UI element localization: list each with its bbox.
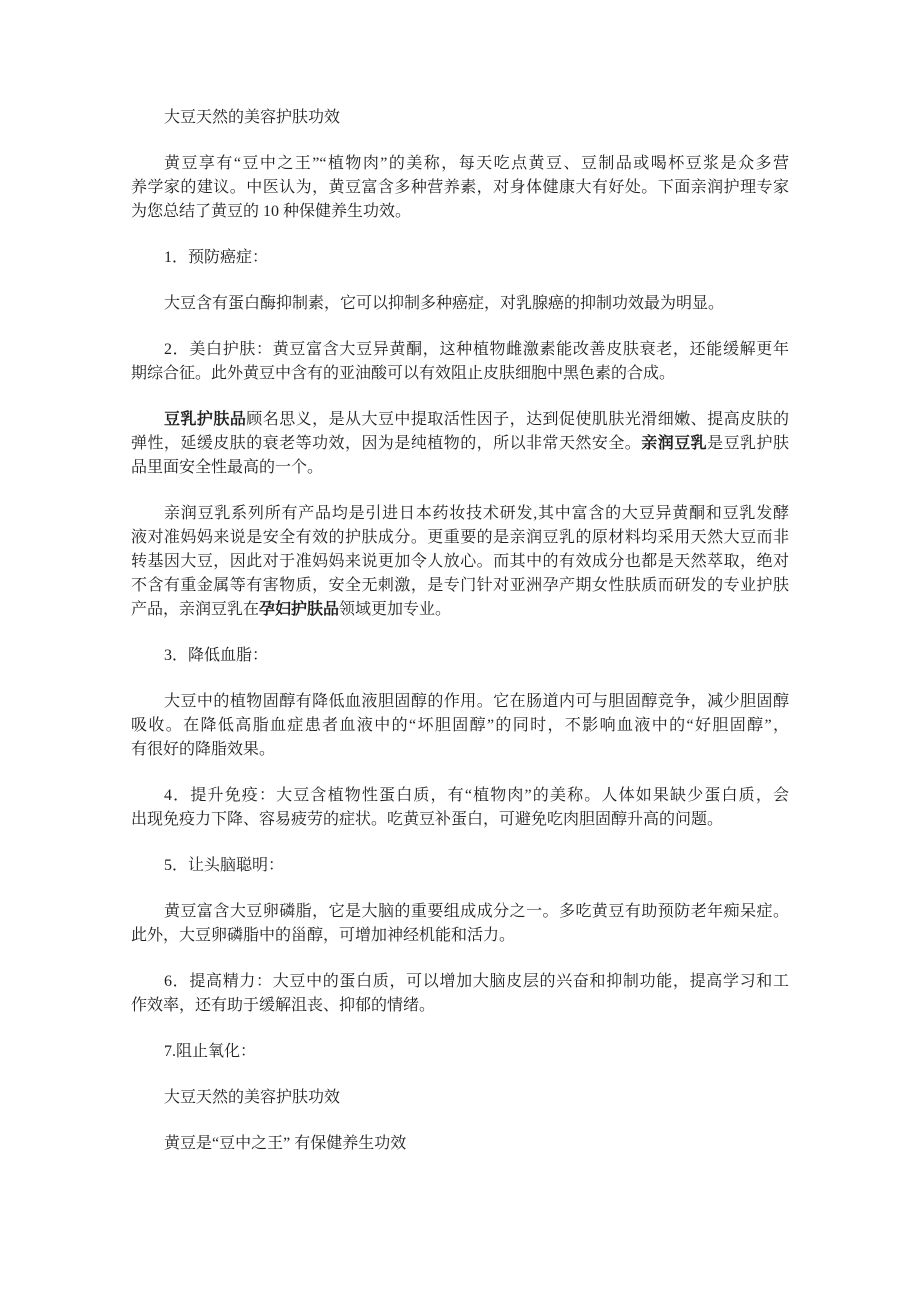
text-segment: 5．让头脑聪明： xyxy=(164,857,284,874)
text-segment: 大豆天然的美容护肤功效 xyxy=(164,1089,340,1106)
text-segment: 有很好的降脂效果。 xyxy=(131,741,275,758)
text-line: 期综合征。此外黄豆中含有的亚油酸可以有效阻止皮肤细胞中黑色素的合成。 xyxy=(131,362,789,386)
paragraph: 黄豆富含大豆卵磷脂，它是大脑的重要组成成分之一。多吃黄豆有助预防老年痴呆症。 此… xyxy=(131,900,789,948)
paragraph-qinrun-series: 亲润豆乳系列所有产品均是引进日本药妆技术研发,其中富含的大豆异黄酮和豆乳发酵 液… xyxy=(131,502,789,622)
text-segment: 不含有重金属等有害物质，安全无刺激，是专门针对亚洲孕产期女性肤质而研发的专业护肤 xyxy=(131,577,789,594)
text-segment: 此外，大豆卵磷脂中的甾醇，可增加神经机能和活力。 xyxy=(131,927,515,944)
text-segment: 弹性，延缓皮肤的衰老等功效，因为是纯植物的，所以非常天然安全。 xyxy=(131,435,641,452)
text-line: 2．美白护肤：黄豆富含大豆异黄酮，这种植物雌激素能改善皮肤衰老，还能缓解更年 xyxy=(131,338,789,362)
text-line: 养学家的建议。中医认为，黄豆富含多种营养素，对身体健康大有好处。下面亲润护理专家 xyxy=(131,176,789,200)
text-segment: 吸收。在降低高脂血症患者血液中的“坏胆固醇”的同时，不影响血液中的“好胆固醇”， xyxy=(131,717,789,734)
numbered-item-3: 3．降低血脂： xyxy=(131,644,789,668)
text-segment: 大豆中的植物固醇有降低血液胆固醇的作用。它在肠道内可与胆固醇竞争，减少胆固醇 xyxy=(164,693,789,710)
text-line: 亲润豆乳系列所有产品均是引进日本药妆技术研发,其中富含的大豆异黄酮和豆乳发酵 xyxy=(131,502,789,526)
text-segment: 1．预防癌症： xyxy=(164,249,268,266)
text-line: 4．提升免疫：大豆含植物性蛋白质，有“植物肉”的美称。人体如果缺少蛋白质，会 xyxy=(131,784,789,808)
text-segment: 亲润豆乳系列所有产品均是引进日本药妆技术研发,其中富含的大豆异黄酮和豆乳发酵 xyxy=(164,505,789,522)
text-line: 转基因大豆，因此对于准妈妈来说更加令人放心。而其中的有效成分也都是天然萃取，绝对 xyxy=(131,550,789,574)
bold-text: 亲润豆乳 xyxy=(641,435,707,452)
text-segment: 品里面安全性最高的一个。 xyxy=(131,459,323,476)
text-line: 此外，大豆卵磷脂中的甾醇，可增加神经机能和活力。 xyxy=(131,924,789,948)
text-line: 不含有重金属等有害物质，安全无刺激，是专门针对亚洲孕产期女性肤质而研发的专业护肤 xyxy=(131,574,789,598)
bold-text: 豆乳护肤品 xyxy=(164,411,246,428)
text-line: 黄豆富含大豆卵磷脂，它是大脑的重要组成成分之一。多吃黄豆有助预防老年痴呆症。 xyxy=(131,900,789,924)
numbered-item-1: 1．预防癌症： xyxy=(131,246,789,270)
text-segment: 转基因大豆，因此对于准妈妈来说更加令人放心。而其中的有效成分也都是天然萃取，绝对 xyxy=(131,553,789,570)
numbered-item-7: 7.阻止氧化： xyxy=(131,1040,789,1064)
title-line: 大豆天然的美容护肤功效 xyxy=(131,106,789,130)
closing-line: 黄豆是“豆中之王” 有保健养生功效 xyxy=(131,1132,789,1156)
document-page: 大豆天然的美容护肤功效 黄豆享有“豆中之王”“植物肉”的美称，每天吃点黄豆、豆制… xyxy=(0,0,920,1302)
text-segment: 期综合征。此外黄豆中含有的亚油酸可以有效阻止皮肤细胞中黑色素的合成。 xyxy=(131,365,675,382)
text-line: 6．提高精力：大豆中的蛋白质，可以增加大脑皮层的兴奋和抑制功能，提高学习和工 xyxy=(131,970,789,994)
numbered-item-4: 4．提升免疫：大豆含植物性蛋白质，有“植物肉”的美称。人体如果缺少蛋白质，会 出… xyxy=(131,784,789,832)
numbered-item-5: 5．让头脑聪明： xyxy=(131,854,789,878)
title-paragraph: 大豆天然的美容护肤功效 xyxy=(131,106,789,130)
text-line: 大豆天然的美容护肤功效 xyxy=(131,1086,789,1110)
text-segment: 是豆乳护肤 xyxy=(707,435,789,452)
numbered-item-6: 6．提高精力：大豆中的蛋白质，可以增加大脑皮层的兴奋和抑制功能，提高学习和工 作… xyxy=(131,970,789,1018)
text-line: 产品，亲润豆乳在孕妇护肤品领域更加专业。 xyxy=(131,598,789,622)
text-segment: 大豆含有蛋白酶抑制素，它可以抑制多种癌症，对乳腺癌的抑制功效最为明显。 xyxy=(164,295,724,312)
text-segment: 黄豆富含大豆卵磷脂，它是大脑的重要组成成分之一。多吃黄豆有助预防老年痴呆症。 xyxy=(164,903,789,920)
text-line: 弹性，延缓皮肤的衰老等功效，因为是纯植物的，所以非常天然安全。亲润豆乳是豆乳护肤 xyxy=(131,432,789,456)
repeated-title-line: 大豆天然的美容护肤功效 xyxy=(131,1086,789,1110)
text-line: 豆乳护肤品顾名思义，是从大豆中提取活性因子，达到促使肌肤光滑细嫩、提高皮肤的 xyxy=(131,408,789,432)
text-segment: 液对准妈妈来说是安全有效的护肤成分。更重要的是亲润豆乳的原材料均采用天然大豆而非 xyxy=(131,529,789,546)
text-line: 有很好的降脂效果。 xyxy=(131,738,789,762)
document-body: 大豆天然的美容护肤功效 黄豆享有“豆中之王”“植物肉”的美称，每天吃点黄豆、豆制… xyxy=(131,106,789,1178)
text-line: 大豆含有蛋白酶抑制素，它可以抑制多种癌症，对乳腺癌的抑制功效最为明显。 xyxy=(131,292,789,316)
text-segment: 养学家的建议。中医认为，黄豆富含多种营养素，对身体健康大有好处。下面亲润护理专家 xyxy=(131,179,789,196)
text-segment: 3．降低血脂： xyxy=(164,647,268,664)
text-segment: 4．提升免疫：大豆含植物性蛋白质，有“植物肉”的美称。人体如果缺少蛋白质，会 xyxy=(164,787,789,804)
text-segment: 作效率，还有助于缓解沮丧、抑郁的情绪。 xyxy=(131,997,435,1014)
text-segment: 黄豆享有“豆中之王”“植物肉”的美称，每天吃点黄豆、豆制品或喝杯豆浆是众多营 xyxy=(164,155,789,172)
text-segment: 出现免疫力下降、容易疲劳的症状。吃黄豆补蛋白，可避免吃肉胆固醇升高的问题。 xyxy=(131,811,723,828)
text-line: 出现免疫力下降、容易疲劳的症状。吃黄豆补蛋白，可避免吃肉胆固醇升高的问题。 xyxy=(131,808,789,832)
text-segment: 产品，亲润豆乳在 xyxy=(131,601,259,618)
text-line: 7.阻止氧化： xyxy=(131,1040,789,1064)
text-line: 液对准妈妈来说是安全有效的护肤成分。更重要的是亲润豆乳的原材料均采用天然大豆而非 xyxy=(131,526,789,550)
numbered-item-2: 2．美白护肤：黄豆富含大豆异黄酮，这种植物雌激素能改善皮肤衰老，还能缓解更年 期… xyxy=(131,338,789,386)
text-segment: 2．美白护肤：黄豆富含大豆异黄酮，这种植物雌激素能改善皮肤衰老，还能缓解更年 xyxy=(164,341,789,358)
text-line: 黄豆享有“豆中之王”“植物肉”的美称，每天吃点黄豆、豆制品或喝杯豆浆是众多营 xyxy=(131,152,789,176)
text-line: 吸收。在降低高脂血症患者血液中的“坏胆固醇”的同时，不影响血液中的“好胆固醇”， xyxy=(131,714,789,738)
text-segment: 为您总结了黄豆的 10 种保健养生功效。 xyxy=(131,203,411,220)
text-segment: 领域更加专业。 xyxy=(339,601,451,618)
paragraph: 黄豆享有“豆中之王”“植物肉”的美称，每天吃点黄豆、豆制品或喝杯豆浆是众多营 养… xyxy=(131,152,789,224)
text-line: 品里面安全性最高的一个。 xyxy=(131,456,789,480)
text-line: 5．让头脑聪明： xyxy=(131,854,789,878)
text-line: 3．降低血脂： xyxy=(131,644,789,668)
text-line: 作效率，还有助于缓解沮丧、抑郁的情绪。 xyxy=(131,994,789,1018)
text-segment: 6．提高精力：大豆中的蛋白质，可以增加大脑皮层的兴奋和抑制功能，提高学习和工 xyxy=(164,973,789,990)
text-segment: 7.阻止氧化： xyxy=(164,1043,256,1060)
text-line: 大豆中的植物固醇有降低血液胆固醇的作用。它在肠道内可与胆固醇竞争，减少胆固醇 xyxy=(131,690,789,714)
text-segment: 顾名思义，是从大豆中提取活性因子，达到促使肌肤光滑细嫩、提高皮肤的 xyxy=(246,411,789,428)
text-line: 为您总结了黄豆的 10 种保健养生功效。 xyxy=(131,200,789,224)
paragraph-soymilk-skincare: 豆乳护肤品顾名思义，是从大豆中提取活性因子，达到促使肌肤光滑细嫩、提高皮肤的 弹… xyxy=(131,408,789,480)
text-line: 1．预防癌症： xyxy=(131,246,789,270)
bold-text: 孕妇护肤品 xyxy=(259,601,339,618)
paragraph: 大豆含有蛋白酶抑制素，它可以抑制多种癌症，对乳腺癌的抑制功效最为明显。 xyxy=(131,292,789,316)
text-line: 黄豆是“豆中之王” 有保健养生功效 xyxy=(131,1132,789,1156)
text-segment: 大豆天然的美容护肤功效 xyxy=(164,109,340,126)
text-segment: 黄豆是“豆中之王” 有保健养生功效 xyxy=(164,1135,406,1152)
paragraph: 大豆中的植物固醇有降低血液胆固醇的作用。它在肠道内可与胆固醇竞争，减少胆固醇 吸… xyxy=(131,690,789,762)
